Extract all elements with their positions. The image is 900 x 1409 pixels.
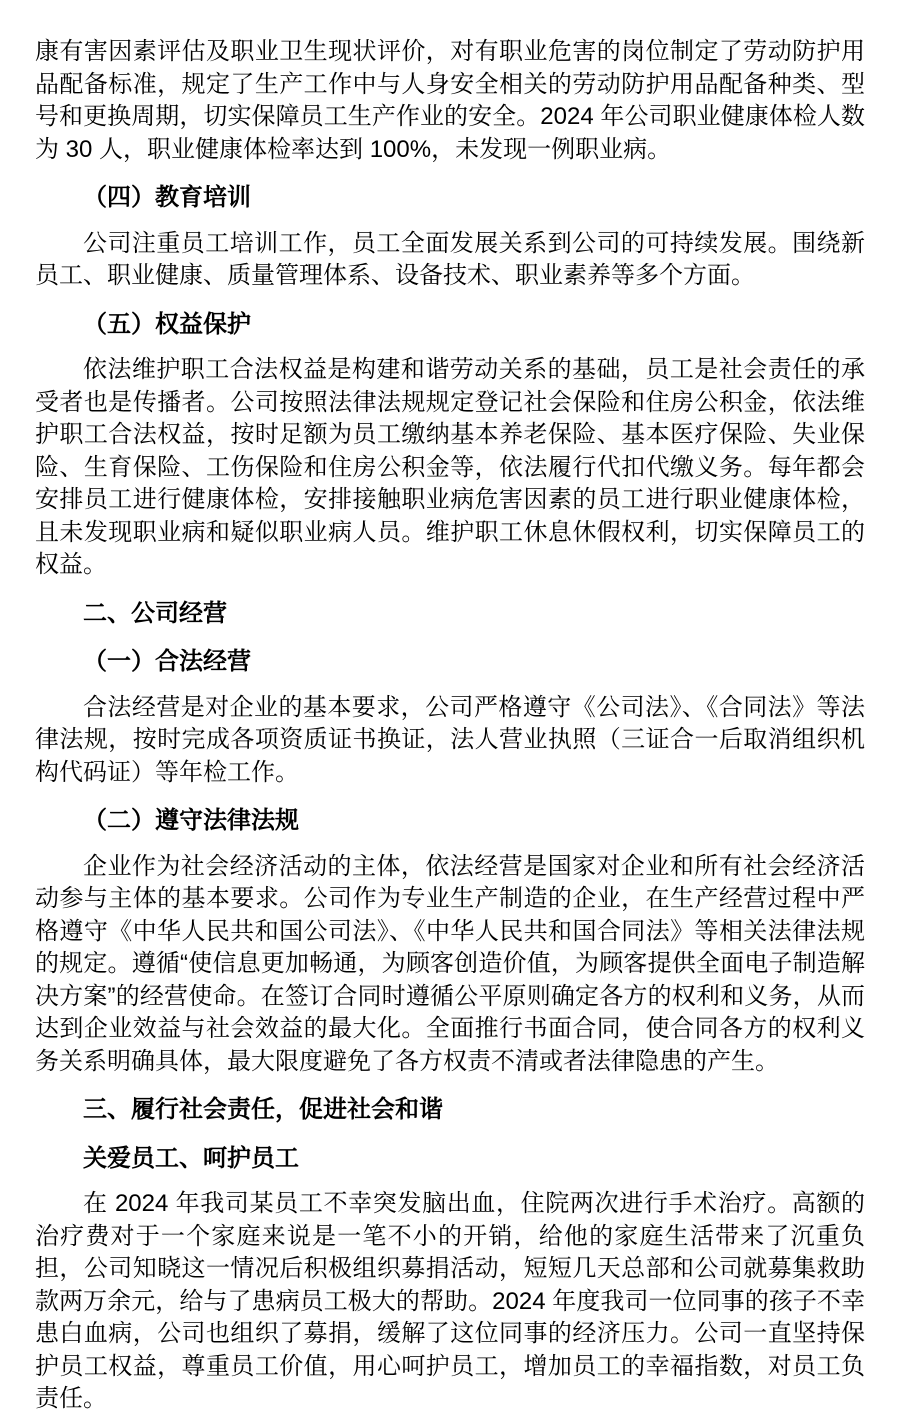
section-heading: 三、履行社会责任，促进社会和谐 [35,1094,865,1127]
section-heading: （五）权益保护 [35,309,865,342]
section-heading: 关爱员工、呵护员工 [35,1143,865,1176]
document-paragraph: 康有害因素评估及职业卫生现状评价，对有职业危害的岗位制定了劳动防护用品配备标准，… [35,36,865,166]
document-paragraph: 企业作为社会经济活动的主体，依法经营是国家对企业和所有社会经济活动参与主体的基本… [35,851,865,1079]
section-heading: 二、公司经营 [35,598,865,631]
document-paragraph: 依法维护职工合法权益是构建和谐劳动关系的基础，员工是社会责任的承受者也是传播者。… [35,354,865,582]
document-page: 康有害因素评估及职业卫生现状评价，对有职业危害的岗位制定了劳动防护用品配备标准，… [0,0,900,1409]
document-paragraph: 在 2024 年我司某员工不幸突发脑出血，住院两次进行手术治疗。高额的治疗费对于… [35,1188,865,1409]
document-paragraph: 公司注重员工培训工作，员工全面发展关系到公司的可持续发展。围绕新员工、职业健康、… [35,228,865,293]
section-heading: （一）合法经营 [35,646,865,679]
section-heading: （二）遵守法律法规 [35,805,865,838]
section-heading: （四）教育培训 [35,182,865,215]
document-paragraph: 合法经营是对企业的基本要求，公司严格遵守《公司法》、《合同法》等法律法规，按时完… [35,692,865,790]
document-body: 康有害因素评估及职业卫生现状评价，对有职业危害的岗位制定了劳动防护用品配备标准，… [0,0,900,1409]
